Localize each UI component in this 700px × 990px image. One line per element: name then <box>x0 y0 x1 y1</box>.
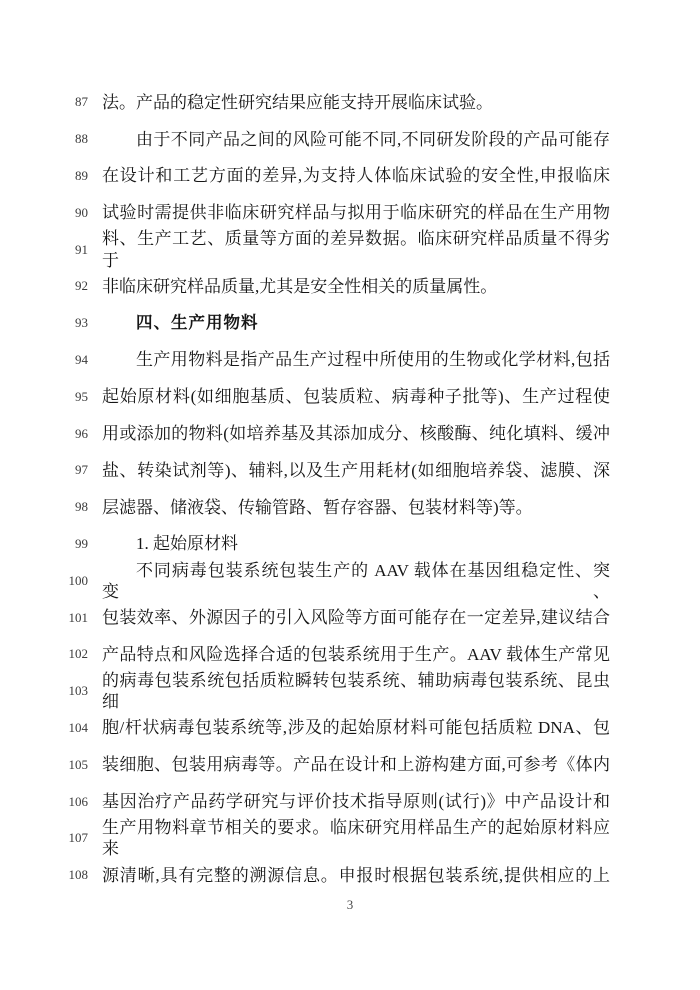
line-text: 装细胞、包装用病毒等。产品在设计和上游构建方面,可参考《体内 <box>102 754 610 775</box>
line-number: 89 <box>0 168 97 184</box>
document-line-row: 102 产品特点和风险选择合适的包装系统用于生产。AAV 载体生产常见 <box>0 636 700 673</box>
line-number: 87 <box>0 94 97 110</box>
document-line-row: 106 基因治疗产品药学研究与评价技术指导原则(试行)》中产品设计和 <box>0 783 700 820</box>
line-number: 96 <box>0 426 97 442</box>
document-line-row: 104 胞/杆状病毒包装系统等,涉及的起始原材料可能包括质粒 DNA、包 <box>0 710 700 747</box>
document-line-row: 108 源清晰,具有完整的溯源信息。申报时根据包装系统,提供相应的上 <box>0 857 700 894</box>
line-text: 在设计和工艺方面的差异,为支持人体临床试验的安全性,申报临床 <box>102 165 610 186</box>
document-line-row: 99 1. 起始原材料 <box>0 526 700 563</box>
document-line-row: 98 层滤器、储液袋、传输管路、暂存容器、包装材料等)等。 <box>0 489 700 526</box>
line-text: 包装效率、外源因子的引入风险等方面可能存在一定差异,建议结合 <box>102 607 610 628</box>
line-number: 105 <box>0 757 97 773</box>
line-number: 104 <box>0 720 97 736</box>
line-text: 基因治疗产品药学研究与评价技术指导原则(试行)》中产品设计和 <box>102 791 610 812</box>
document-line-row: 101 包装效率、外源因子的引入风险等方面可能存在一定差异,建议结合 <box>0 599 700 636</box>
page-footer: 3 <box>0 896 700 914</box>
document-line-row: 97 盐、转染试剂等)、辅料,以及生产用耗材(如细胞培养袋、滤膜、深 <box>0 452 700 489</box>
line-number: 108 <box>0 867 97 883</box>
line-text: 非临床研究样品质量,尤其是安全性相关的质量属性。 <box>102 276 610 297</box>
line-text: 产品特点和风险选择合适的包装系统用于生产。AAV 载体生产常见 <box>102 644 610 665</box>
line-text: 起始原材料(如细胞基质、包装质粒、病毒种子批等)、生产过程使 <box>102 386 610 407</box>
document-line-row: 94 生产用物料是指产品生产过程中所使用的生物或化学材料,包括 <box>0 342 700 379</box>
line-text: 四、生产用物料 <box>102 313 610 334</box>
line-text: 1. 起始原材料 <box>102 533 610 554</box>
document-line-row: 103 的病毒包装系统包括质粒瞬转包装系统、辅助病毒包装系统、昆虫细 <box>0 673 700 710</box>
line-text: 用或添加的物料(如培养基及其添加成分、核酸酶、纯化填料、缓冲 <box>102 423 610 444</box>
document-line-row: 89 在设计和工艺方面的差异,为支持人体临床试验的安全性,申报临床 <box>0 158 700 195</box>
line-text: 不同病毒包装系统包装生产的 AAV 载体在基因组稳定性、突变、 <box>102 560 610 603</box>
line-text: 源清晰,具有完整的溯源信息。申报时根据包装系统,提供相应的上 <box>102 865 610 886</box>
line-text: 由于不同产品之间的风险可能不同,不同研发阶段的产品可能存 <box>102 129 610 150</box>
line-number: 102 <box>0 646 97 662</box>
document-body: 87 法。产品的稳定性研究结果应能支持开展临床试验。 88 由于不同产品之间的风… <box>0 84 700 894</box>
line-number: 88 <box>0 131 97 147</box>
line-number: 98 <box>0 499 97 515</box>
line-text: 盐、转染试剂等)、辅料,以及生产用耗材(如细胞培养袋、滤膜、深 <box>102 460 610 481</box>
document-line-row: 91 料、生产工艺、质量等方面的差异数据。临床研究样品质量不得劣于 <box>0 231 700 268</box>
document-page: 87 法。产品的稳定性研究结果应能支持开展临床试验。 88 由于不同产品之间的风… <box>0 0 700 990</box>
line-number: 97 <box>0 462 97 478</box>
document-line-row: 100 不同病毒包装系统包装生产的 AAV 载体在基因组稳定性、突变、 <box>0 562 700 599</box>
line-number: 95 <box>0 389 97 405</box>
document-line-row: 90 试验时需提供非临床研究样品与拟用于临床研究的样品在生产用物 <box>0 194 700 231</box>
document-line-row: 92 非临床研究样品质量,尤其是安全性相关的质量属性。 <box>0 268 700 305</box>
document-line-row: 96 用或添加的物料(如培养基及其添加成分、核酸酶、纯化填料、缓冲 <box>0 415 700 452</box>
line-number: 100 <box>0 573 97 589</box>
document-line-row: 87 法。产品的稳定性研究结果应能支持开展临床试验。 <box>0 84 700 121</box>
document-line-row: 88 由于不同产品之间的风险可能不同,不同研发阶段的产品可能存 <box>0 121 700 158</box>
line-number: 92 <box>0 278 97 294</box>
line-number: 107 <box>0 830 97 846</box>
line-text: 生产用物料章节相关的要求。临床研究用样品生产的起始原材料应来 <box>102 817 610 860</box>
line-text: 生产用物料是指产品生产过程中所使用的生物或化学材料,包括 <box>102 349 610 370</box>
line-number: 94 <box>0 352 97 368</box>
document-line-row: 105 装细胞、包装用病毒等。产品在设计和上游构建方面,可参考《体内 <box>0 746 700 783</box>
line-text: 胞/杆状病毒包装系统等,涉及的起始原材料可能包括质粒 DNA、包 <box>102 717 610 738</box>
page-number: 3 <box>347 897 354 912</box>
line-number: 90 <box>0 205 97 221</box>
line-number: 106 <box>0 794 97 810</box>
document-line-row: 107 生产用物料章节相关的要求。临床研究用样品生产的起始原材料应来 <box>0 820 700 857</box>
line-text: 料、生产工艺、质量等方面的差异数据。临床研究样品质量不得劣于 <box>102 228 610 271</box>
line-number: 103 <box>0 683 97 699</box>
document-line-row: 95 起始原材料(如细胞基质、包装质粒、病毒种子批等)、生产过程使 <box>0 378 700 415</box>
line-text: 的病毒包装系统包括质粒瞬转包装系统、辅助病毒包装系统、昆虫细 <box>102 670 610 713</box>
line-number: 99 <box>0 536 97 552</box>
line-number: 93 <box>0 315 97 331</box>
line-number: 91 <box>0 242 97 258</box>
line-text: 试验时需提供非临床研究样品与拟用于临床研究的样品在生产用物 <box>102 202 610 223</box>
line-number: 101 <box>0 610 97 626</box>
line-text: 法。产品的稳定性研究结果应能支持开展临床试验。 <box>102 92 610 113</box>
line-text: 层滤器、储液袋、传输管路、暂存容器、包装材料等)等。 <box>102 497 610 518</box>
document-line-row: 93 四、生产用物料 <box>0 305 700 342</box>
